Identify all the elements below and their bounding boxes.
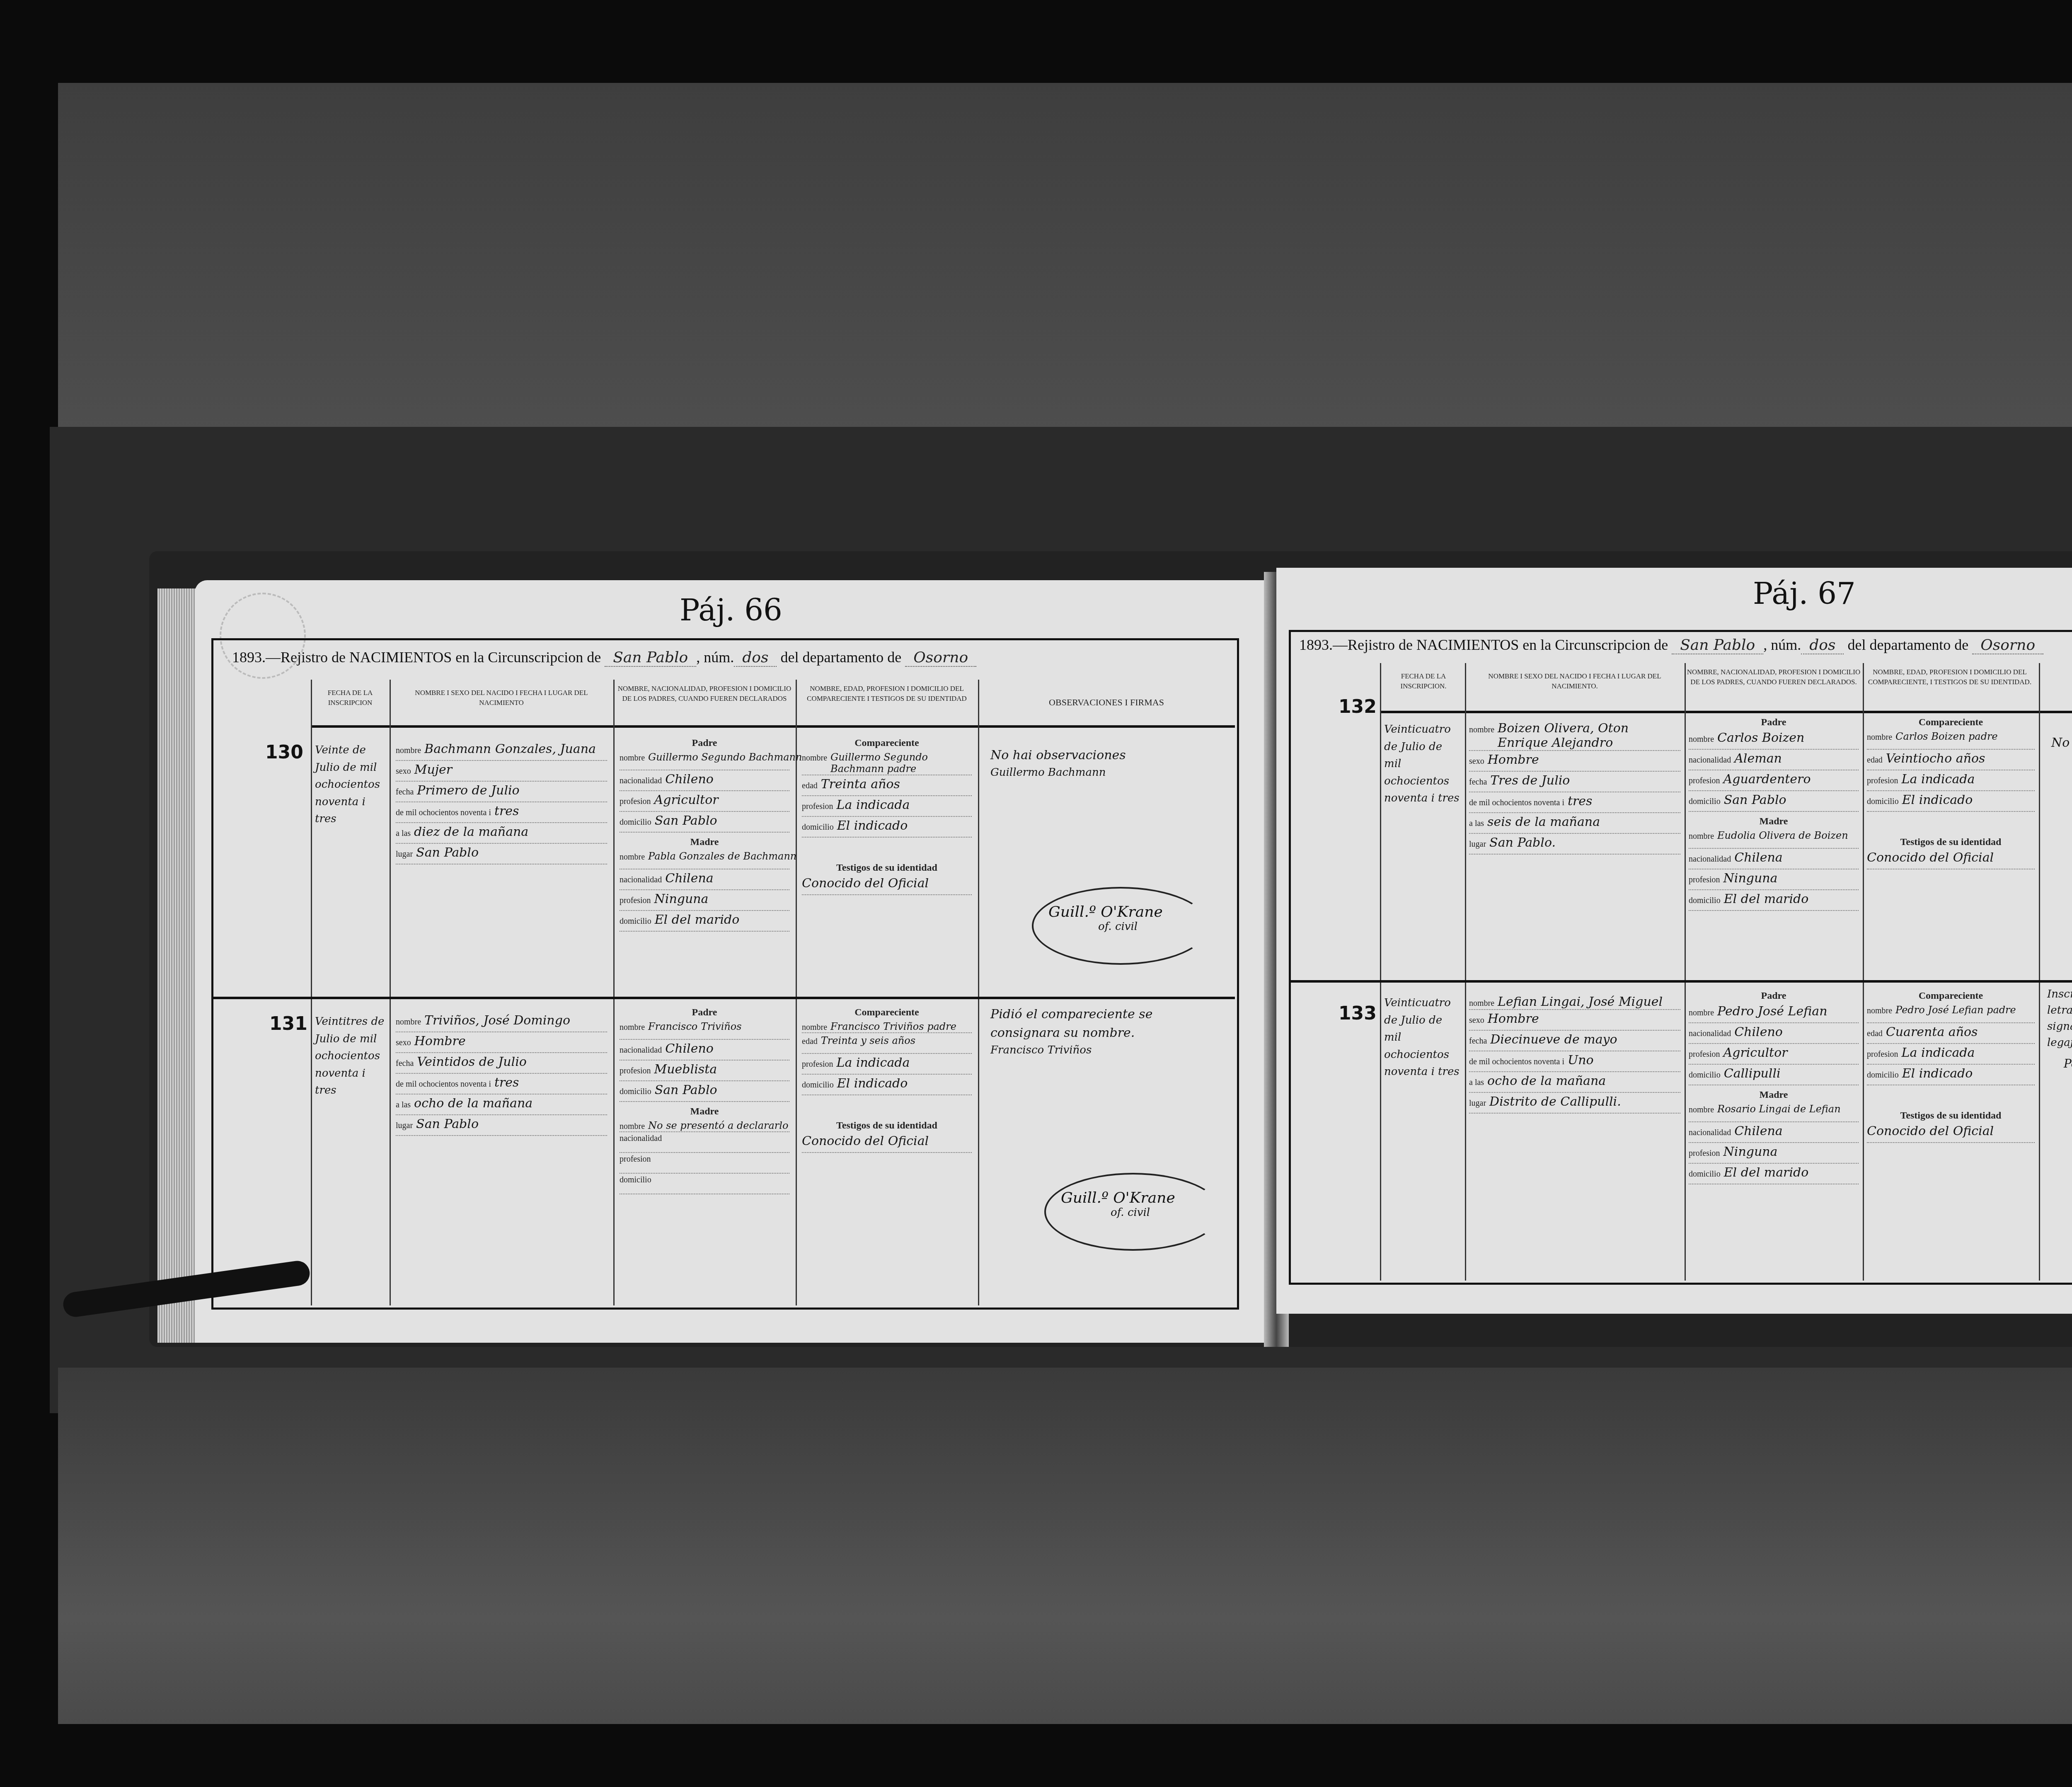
label: domicilio — [620, 917, 651, 926]
label: profesion — [1689, 776, 1720, 786]
madre-profesion: Ninguna — [1723, 1145, 1778, 1159]
label: nacionalidad — [620, 776, 662, 786]
padre-heading: Padre — [620, 738, 789, 749]
registro-num: dos — [1801, 637, 1844, 654]
padre-domicilio: San Pablo — [1724, 793, 1786, 807]
madre-profesion: Ninguna — [1723, 871, 1778, 886]
madre-domicilio: El del marido — [1724, 892, 1809, 906]
label: nacionalidad — [620, 875, 662, 885]
madre-heading: Madre — [620, 837, 789, 848]
testigos-heading: Testigos de su identidad — [1867, 837, 2035, 848]
padre-heading: Padre — [620, 1007, 789, 1018]
compareciente-block: Compareciente nombreCarlos Boizen padre … — [1867, 713, 2035, 871]
label: a las — [396, 829, 411, 838]
padres-block: Padre nombreFrancisco Triviños nacionali… — [620, 1003, 789, 1196]
signature-flourish — [1044, 1173, 1222, 1251]
testigos-value: Conocido del Oficial — [1867, 850, 1994, 865]
padre-nacionalidad: Chileno — [1734, 1025, 1783, 1039]
label: de mil ochocientos noventa i — [1469, 1057, 1564, 1067]
num-label: , núm. — [1763, 637, 1801, 653]
testigos-value: Conocido del Oficial — [802, 1134, 929, 1148]
compareciente-block: Compareciente nombreFrancisco Triviños p… — [802, 1003, 972, 1155]
title-year: 1893 — [232, 649, 262, 666]
col-divider — [978, 680, 979, 1305]
label: lugar — [396, 1121, 413, 1131]
label: de mil ochocientos noventa i — [396, 1080, 491, 1089]
madre-nombre: Eudolia Olivera de Boizen — [1717, 830, 1848, 841]
nacido-block: nombreLefian Lingai, José Miguel sexoHom… — [1469, 995, 1680, 1115]
col-divider — [1863, 663, 1864, 1281]
compareciente-domicilio: El indicado — [837, 1076, 908, 1091]
departamento: Osorno — [905, 649, 976, 667]
firma-compareciente: Francisco Triviños — [990, 1042, 1222, 1058]
padres-block: Padre nombreGuillermo Segundo Bachmann n… — [620, 734, 789, 933]
compareciente-heading: Compareciente — [802, 738, 972, 749]
label: de mil ochocientos noventa i — [396, 808, 491, 818]
label: domicilio — [1867, 1070, 1899, 1080]
madre-profesion: Ninguna — [654, 892, 709, 906]
compareciente-edad: Treinta y seis años — [821, 1035, 915, 1046]
nacido-fecha: Tres de Julio — [1490, 773, 1570, 788]
label: nacionalidad — [620, 1134, 662, 1143]
compareciente-profesion: La indicada — [837, 1056, 910, 1070]
nacido-ano: tres — [494, 1075, 519, 1090]
label: fecha — [396, 1059, 414, 1068]
madre-nombre: No se presentó a declararlo — [648, 1120, 788, 1131]
label: profesion — [620, 896, 651, 906]
nacido-ano: Uno — [1568, 1053, 1594, 1068]
compareciente-profesion: La indicada — [1902, 1046, 1975, 1060]
label: domicilio — [1689, 896, 1721, 906]
col-fecha: Fecha de la inscripcion — [315, 688, 385, 708]
col-observaciones: Observaciones i firmas — [982, 696, 1231, 709]
oficial-signature: Guill.º O'Kraneof. civil — [1061, 1189, 1175, 1219]
page-number: Páj. 66 — [680, 593, 782, 627]
compareciente-heading: Compareciente — [802, 1007, 972, 1018]
nacido-sexo: Hombre — [1488, 753, 1539, 767]
label: nombre — [1469, 999, 1494, 1008]
label: nombre — [620, 753, 645, 763]
col-fecha: Fecha de la inscripcion. — [1384, 671, 1463, 691]
compareciente-domicilio: El indicado — [1902, 1066, 1973, 1081]
label: nombre — [1867, 733, 1892, 742]
label: fecha — [396, 787, 414, 797]
title-prefix: .—Rejistro de NACIMIENTOS en la Circunsc… — [262, 649, 601, 666]
label: edad — [1867, 1029, 1883, 1039]
label: profesion — [802, 802, 833, 811]
nacido-nombre: Bachmann Gonzales, Juana — [424, 742, 596, 756]
observaciones: No hai observaciones Guillermo Bachmann — [990, 746, 1222, 781]
madre-nacionalidad: Chilena — [665, 871, 713, 886]
observaciones-text: Pidió el compareciente se consignara su … — [990, 1005, 1222, 1042]
label: profesion — [620, 797, 651, 806]
label: nombre — [620, 852, 645, 862]
entry-number: 132 — [1339, 696, 1377, 717]
compareciente-nombre: Pedro José Lefian padre — [1895, 1004, 2016, 1016]
col-divider — [1465, 663, 1466, 1281]
label: lugar — [396, 850, 413, 859]
nacido-nombre: Boizen Olivera, Oton Enrique Alejandro — [1498, 721, 1680, 750]
dept-label: del departamento de — [1847, 637, 1968, 653]
entry-number: 131 — [269, 1013, 307, 1034]
compareciente-edad: Treinta años — [821, 777, 900, 792]
padre-profesion: Aguardentero — [1723, 772, 1811, 787]
fecha-inscripcion: Veinticuatro de Julio de mil ochocientos… — [1384, 721, 1461, 807]
label: de mil ochocientos noventa i — [1469, 798, 1564, 808]
lower-surface — [58, 1368, 2072, 1724]
col-divider — [796, 680, 797, 1305]
compareciente-block: Compareciente nombrePedro José Lefian pa… — [1867, 986, 2035, 1145]
label: nombre — [1689, 1105, 1714, 1115]
observaciones-text: Inscrito en virtud del decreto del señor… — [2047, 986, 2072, 1051]
label: profesion — [620, 1066, 651, 1076]
col-divider — [390, 680, 391, 1305]
nacido-sexo: Hombre — [414, 1034, 466, 1048]
firma-compareciente: Pedro José Lefian — [2064, 1055, 2072, 1073]
circunscripcion: San Pablo — [605, 649, 696, 667]
nacido-lugar: Distrito de Callipulli. — [1489, 1094, 1621, 1109]
label: nombre — [1689, 735, 1714, 744]
col-nacido: Nombre i sexo del nacido i fecha i lugar… — [1467, 671, 1682, 691]
label: nombre — [396, 746, 421, 755]
observaciones: Pidió el compareciente se consignara su … — [990, 1005, 1222, 1058]
compareciente-profesion: La indicada — [1902, 772, 1975, 787]
nacido-ano: tres — [494, 804, 519, 818]
madre-heading: Madre — [1689, 1090, 1859, 1101]
madre-nacionalidad: Chilena — [1734, 850, 1782, 865]
entry-separator — [211, 997, 1235, 999]
nacido-hora: ocho de la mañana — [1487, 1074, 1606, 1088]
padre-profesion: Agricultor — [654, 793, 719, 807]
label: nombre — [1689, 832, 1714, 841]
label: lugar — [1469, 840, 1486, 849]
padres-block: Padre nombreCarlos Boizen nacionalidadAl… — [1689, 713, 1859, 913]
compareciente-nombre: Carlos Boizen padre — [1895, 731, 1998, 742]
title-year: 1893 — [1299, 637, 1329, 653]
label: edad — [802, 781, 818, 791]
label: domicilio — [620, 1175, 651, 1185]
padre-profesion: Agricultor — [1723, 1046, 1788, 1060]
padre-domicilio: San Pablo — [655, 1083, 717, 1097]
observaciones-text: No hai observaciones — [2051, 734, 2072, 752]
label: edad — [802, 1037, 818, 1046]
label: nombre — [396, 1017, 421, 1027]
label: nacionalidad — [620, 1046, 662, 1055]
nacido-fecha: Primero de Julio — [417, 783, 519, 798]
observaciones: Inscrito en virtud del decreto del señor… — [2047, 986, 2072, 1073]
testigos-heading: Testigos de su identidad — [1867, 1110, 2035, 1121]
label: domicilio — [1867, 797, 1899, 806]
label: profesion — [1689, 1050, 1720, 1059]
label: nacionalidad — [1689, 755, 1731, 765]
nacido-block: nombreBachmann Gonzales, Juana sexoMujer… — [396, 742, 607, 866]
dept-label: del departamento de — [780, 649, 901, 666]
circunscripcion: San Pablo — [1672, 637, 1763, 654]
label: nombre — [620, 1023, 645, 1032]
registro-num: dos — [734, 649, 777, 667]
label: nombre — [802, 1023, 827, 1032]
label: domicilio — [802, 823, 834, 832]
entry-number: 133 — [1339, 1003, 1377, 1024]
label: fecha — [1469, 1036, 1487, 1046]
madre-nombre: Pabla Gonzales de Bachmann — [648, 850, 796, 862]
padres-block: Padre nombrePedro José Lefian nacionalid… — [1689, 986, 1859, 1186]
right-page: MUNICIPALIDAD DE OSORNO · CHILE Páj. 67 … — [1276, 568, 2072, 1314]
nacido-lugar: San Pablo — [416, 845, 479, 860]
padre-nacionalidad: Chileno — [665, 1041, 714, 1056]
label: profesion — [620, 1155, 651, 1164]
nacido-fecha: Veintidos de Julio — [417, 1055, 527, 1069]
label: profesion — [1867, 1050, 1898, 1059]
label: domicilio — [802, 1080, 834, 1090]
madre-domicilio: El del marido — [1724, 1165, 1809, 1180]
compareciente-edad: Cuarenta años — [1886, 1025, 1978, 1039]
col-compareciente: Nombre, edad, profesion i domicilio del … — [1865, 667, 2035, 687]
label: sexo — [396, 1038, 411, 1048]
testigos-heading: Testigos de su identidad — [802, 862, 972, 874]
padre-nombre: Pedro José Lefian — [1717, 1004, 1827, 1019]
testigos-value: Conocido del Oficial — [802, 876, 929, 891]
label: profesion — [1867, 776, 1898, 786]
padre-nombre: Guillermo Segundo Bachmann — [648, 751, 802, 763]
label: nombre — [802, 753, 827, 763]
padre-heading: Padre — [1689, 990, 1859, 1002]
label: nombre — [620, 1122, 645, 1131]
padre-nombre: Carlos Boizen — [1717, 731, 1804, 745]
label: domicilio — [1689, 1070, 1721, 1080]
nacido-block: nombreBoizen Olivera, Oton Enrique Aleja… — [1469, 721, 1680, 856]
page-number: Páj. 67 — [1753, 576, 1856, 611]
padre-profesion: Mueblista — [654, 1062, 717, 1077]
nacido-hora: ocho de la mañana — [414, 1096, 533, 1111]
label: sexo — [1469, 1016, 1484, 1025]
madre-domicilio: El del marido — [655, 913, 740, 927]
nacido-block: nombreTriviños, José Domingo sexoHombre … — [396, 1013, 607, 1138]
signature-flourish — [1032, 887, 1209, 965]
oficial-signature: Guill.º O'Kraneof. civil — [1048, 903, 1163, 933]
col-compareciente: Nombre, edad, profesion i domicilio del … — [800, 684, 974, 704]
label: domicilio — [620, 1087, 651, 1097]
label: nombre — [1469, 725, 1494, 735]
label: profesion — [1689, 1149, 1720, 1158]
nacido-lugar: San Pablo. — [1489, 835, 1556, 850]
entry-number: 130 — [265, 742, 303, 763]
nacido-hora: diez de la mañana — [414, 825, 528, 839]
label: sexo — [396, 767, 411, 776]
nacido-ano: tres — [1568, 794, 1593, 809]
label: nombre — [1867, 1006, 1892, 1016]
col-divider — [1380, 663, 1381, 1281]
label: domicilio — [620, 818, 651, 827]
compareciente-nombre: Guillermo Segundo Bachmann padre — [830, 751, 972, 775]
register-title: 1893.—Rejistro de NACIMIENTOS en la Circ… — [1299, 636, 2043, 654]
nacido-hora: seis de la mañana — [1487, 815, 1600, 829]
label: nacionalidad — [1689, 1128, 1731, 1138]
padre-domicilio: Callipulli — [1724, 1066, 1781, 1081]
testigos-heading: Testigos de su identidad — [802, 1120, 972, 1131]
firma-compareciente: Guillermo Bachmann — [990, 765, 1222, 781]
compareciente-heading: Compareciente — [1867, 990, 2035, 1002]
fecha-inscripcion: Veintitres de Julio de mil ochocientos n… — [315, 1013, 385, 1099]
observaciones: No hai observaciones Carlos Boysen — [2051, 734, 2072, 783]
compareciente-domicilio: El indicado — [837, 818, 908, 833]
nacido-fecha: Diecinueve de mayo — [1490, 1032, 1617, 1047]
compareciente-block: Compareciente nombreGuillermo Segundo Ba… — [802, 734, 972, 897]
compareciente-domicilio: El indicado — [1902, 793, 1973, 807]
madre-heading: Madre — [1689, 816, 1859, 827]
fecha-inscripcion: Veinte de Julio de mil ochocientos noven… — [315, 742, 385, 828]
compareciente-heading: Compareciente — [1867, 717, 2035, 728]
col-observaciones: Observaciones i firmas — [2043, 680, 2072, 693]
madre-nombre: Rosario Lingai de Lefian — [1717, 1103, 1841, 1115]
compareciente-nombre: Francisco Triviños padre — [830, 1021, 956, 1032]
padre-heading: Padre — [1689, 717, 1859, 728]
padre-nacionalidad: Chileno — [665, 772, 714, 787]
madre-nacionalidad: Chilena — [1734, 1124, 1782, 1138]
entry-separator — [1289, 980, 2072, 983]
label: sexo — [1469, 757, 1484, 766]
col-padres: Nombre, nacionalidad, profesion i domici… — [617, 684, 792, 704]
label: domicilio — [1689, 1170, 1721, 1179]
label: edad — [1867, 755, 1883, 765]
num-label: , núm. — [696, 649, 734, 666]
nacido-nombre: Triviños, José Domingo — [424, 1013, 570, 1028]
label: a las — [1469, 819, 1484, 828]
nacido-lugar: San Pablo — [416, 1117, 479, 1131]
nacido-nombre: Lefian Lingai, José Miguel — [1498, 995, 1663, 1009]
title-prefix: .—Rejistro de NACIMIENTOS en la Circunsc… — [1329, 637, 1668, 653]
col-divider — [2039, 663, 2040, 1281]
testigos-value: Conocido del Oficial — [1867, 1124, 1994, 1138]
col-nacido: Nombre i sexo del nacido i fecha i lugar… — [394, 688, 609, 708]
label: nacionalidad — [1689, 855, 1731, 864]
observaciones-text: No hai observaciones — [990, 746, 1222, 765]
label: lugar — [1469, 1099, 1486, 1108]
label: nacionalidad — [1689, 1029, 1731, 1039]
departamento: Osorno — [1972, 637, 2043, 654]
left-page: Páj. 66 1893.—Rejistro de NACIMIENTOS en… — [195, 580, 1272, 1343]
register-title: 1893.—Rejistro de NACIMIENTOS en la Circ… — [232, 649, 976, 666]
label: nombre — [1689, 1008, 1714, 1018]
fecha-inscripcion: Veinticuatro de Julio de mil ochocientos… — [1384, 995, 1461, 1081]
padre-nombre: Francisco Triviños — [648, 1021, 741, 1032]
nacido-sexo: Hombre — [1488, 1012, 1539, 1026]
padre-domicilio: San Pablo — [655, 814, 717, 828]
compareciente-edad: Veintiocho años — [1886, 751, 1985, 766]
col-padres: Nombre, nacionalidad, profesion i domici… — [1687, 667, 1861, 687]
padre-nacionalidad: Aleman — [1734, 751, 1782, 766]
label: a las — [1469, 1078, 1484, 1087]
compareciente-profesion: La indicada — [837, 798, 910, 812]
header-rule — [311, 725, 1235, 728]
nacido-sexo: Mujer — [414, 763, 452, 777]
label: a las — [396, 1100, 411, 1110]
madre-heading: Madre — [620, 1106, 789, 1117]
col-divider — [613, 680, 615, 1305]
label: domicilio — [1689, 797, 1721, 806]
label: profesion — [802, 1060, 833, 1069]
label: fecha — [1469, 777, 1487, 787]
col-divider — [1685, 663, 1686, 1281]
label: profesion — [1689, 875, 1720, 885]
col-divider — [311, 680, 312, 1305]
